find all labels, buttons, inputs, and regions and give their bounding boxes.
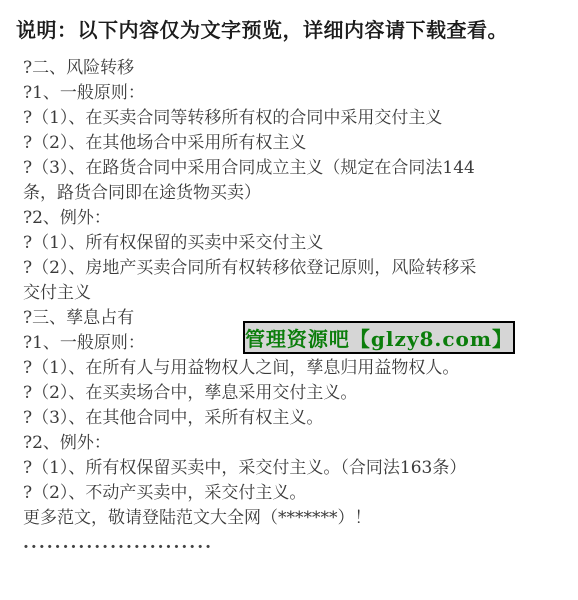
text-line: ?1、一般原则： <box>23 81 476 106</box>
text-line: ?（1）、在所有人与用益物权人之间，孳息归用益物权人。 <box>23 356 476 381</box>
document-preview-page: { "header": { "notice": "说明：以下内容仅为文字预览，详… <box>0 0 578 600</box>
text-line: ?（1）、所有权保留的买卖中采交付主义 <box>23 231 476 256</box>
text-line: ?（3）、在其他合同中，采所有权主义。 <box>23 406 476 431</box>
text-line: ?（3）、在路货合同中采用合同成立主义（规定在合同法144 <box>23 156 476 181</box>
text-line: ?（2）、不动产买卖中，采交付主义。 <box>23 481 476 506</box>
text-line: ?2、例外： <box>23 431 476 456</box>
watermark-label: 管理资源吧【glzy8.com】 <box>245 323 513 352</box>
watermark-badge[interactable]: 管理资源吧【glzy8.com】 <box>243 321 515 354</box>
preview-notice: 说明：以下内容仅为文字预览，详细内容请下载查看。 <box>16 14 508 43</box>
dotted-separator: ........................ <box>23 531 476 556</box>
text-line: ?（1）、在买卖合同等转移所有权的合同中采用交付主义 <box>23 106 476 131</box>
text-line: ?（2）、在买卖场合中，孳息采用交付主义。 <box>23 381 476 406</box>
text-line: ?二、风险转移 <box>23 56 476 81</box>
text-line: ?2、例外： <box>23 206 476 231</box>
text-line: ?（2）、房地产买卖合同所有权转移依登记原则，风险转移采 <box>23 256 476 281</box>
text-line: ?（2）、在其他场合中采用所有权主义 <box>23 131 476 156</box>
text-line: ?（1）、所有权保留买卖中，采交付主义。（合同法163条） <box>23 456 476 481</box>
text-line: 交付主义 <box>23 281 476 306</box>
text-line: 更多范文，敬请登陆范文大全网（*******）！ <box>23 506 476 531</box>
document-body: ?二、风险转移 ?1、一般原则： ?（1）、在买卖合同等转移所有权的合同中采用交… <box>23 56 476 556</box>
text-line: 条，路货合同即在途货物买卖） <box>23 181 476 206</box>
